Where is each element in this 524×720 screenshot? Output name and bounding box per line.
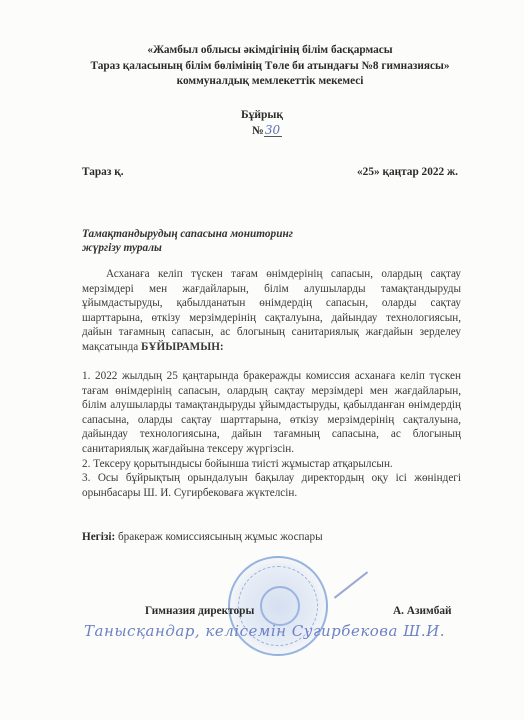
handwritten-acknowledgement: Танысқандар, келісемін Сугирбекова Ш.И. <box>84 622 445 640</box>
order-number: №30 <box>252 125 282 137</box>
signatory-title: Гимназия директоры <box>145 605 254 617</box>
basis-text: бракераж комиссиясының жұмыс жоспары <box>115 531 322 543</box>
document-page: «Жамбыл облысы әкімдігінің білім басқарм… <box>0 0 524 720</box>
basis-label: Негізі: <box>82 531 115 543</box>
order-title: Бұйрық <box>0 109 524 121</box>
order-item-3: 3. Осы бұйрықтың орындалуын бақылау дире… <box>82 471 461 500</box>
header-line-3: коммуналдық мемлекеттік мекемесі <box>60 74 480 90</box>
order-date: «25» қаңтар 2022 ж. <box>357 166 458 178</box>
intro-paragraph: Асханаға келіп түскен тағам өнімдерінің … <box>82 267 461 355</box>
order-items: 1. 2022 жылдың 25 қаңтарында бракеражды … <box>82 369 461 500</box>
header-line-1: «Жамбыл облысы әкімдігінің білім басқарм… <box>60 43 480 59</box>
order-item-2: 2. Тексеру қорытындысы бойынша тиісті жұ… <box>82 457 461 472</box>
header-line-2: Тараз қаласының білім бөлімінің Төле би … <box>60 59 480 75</box>
intro-text: Асханаға келіп түскен тағам өнімдерінің … <box>82 268 461 353</box>
order-item-1: 1. 2022 жылдың 25 қаңтарында бракеражды … <box>82 369 461 457</box>
order-subject: Тамақтандырудың сапасына мониторинг жүрг… <box>82 227 332 255</box>
order-number-value: 30 <box>264 125 282 137</box>
basis: Негізі: бракераж комиссиясының жұмыс жос… <box>82 531 323 543</box>
signature-icon <box>334 571 368 598</box>
organization-header: «Жамбыл облысы әкімдігінің білім басқарм… <box>60 43 480 90</box>
city: Тараз қ. <box>82 166 124 178</box>
signatory-name: А. Азимбай <box>393 605 452 617</box>
order-number-prefix: № <box>252 125 264 137</box>
intro-directive: БҰЙЫРАМЫН: <box>141 341 224 353</box>
